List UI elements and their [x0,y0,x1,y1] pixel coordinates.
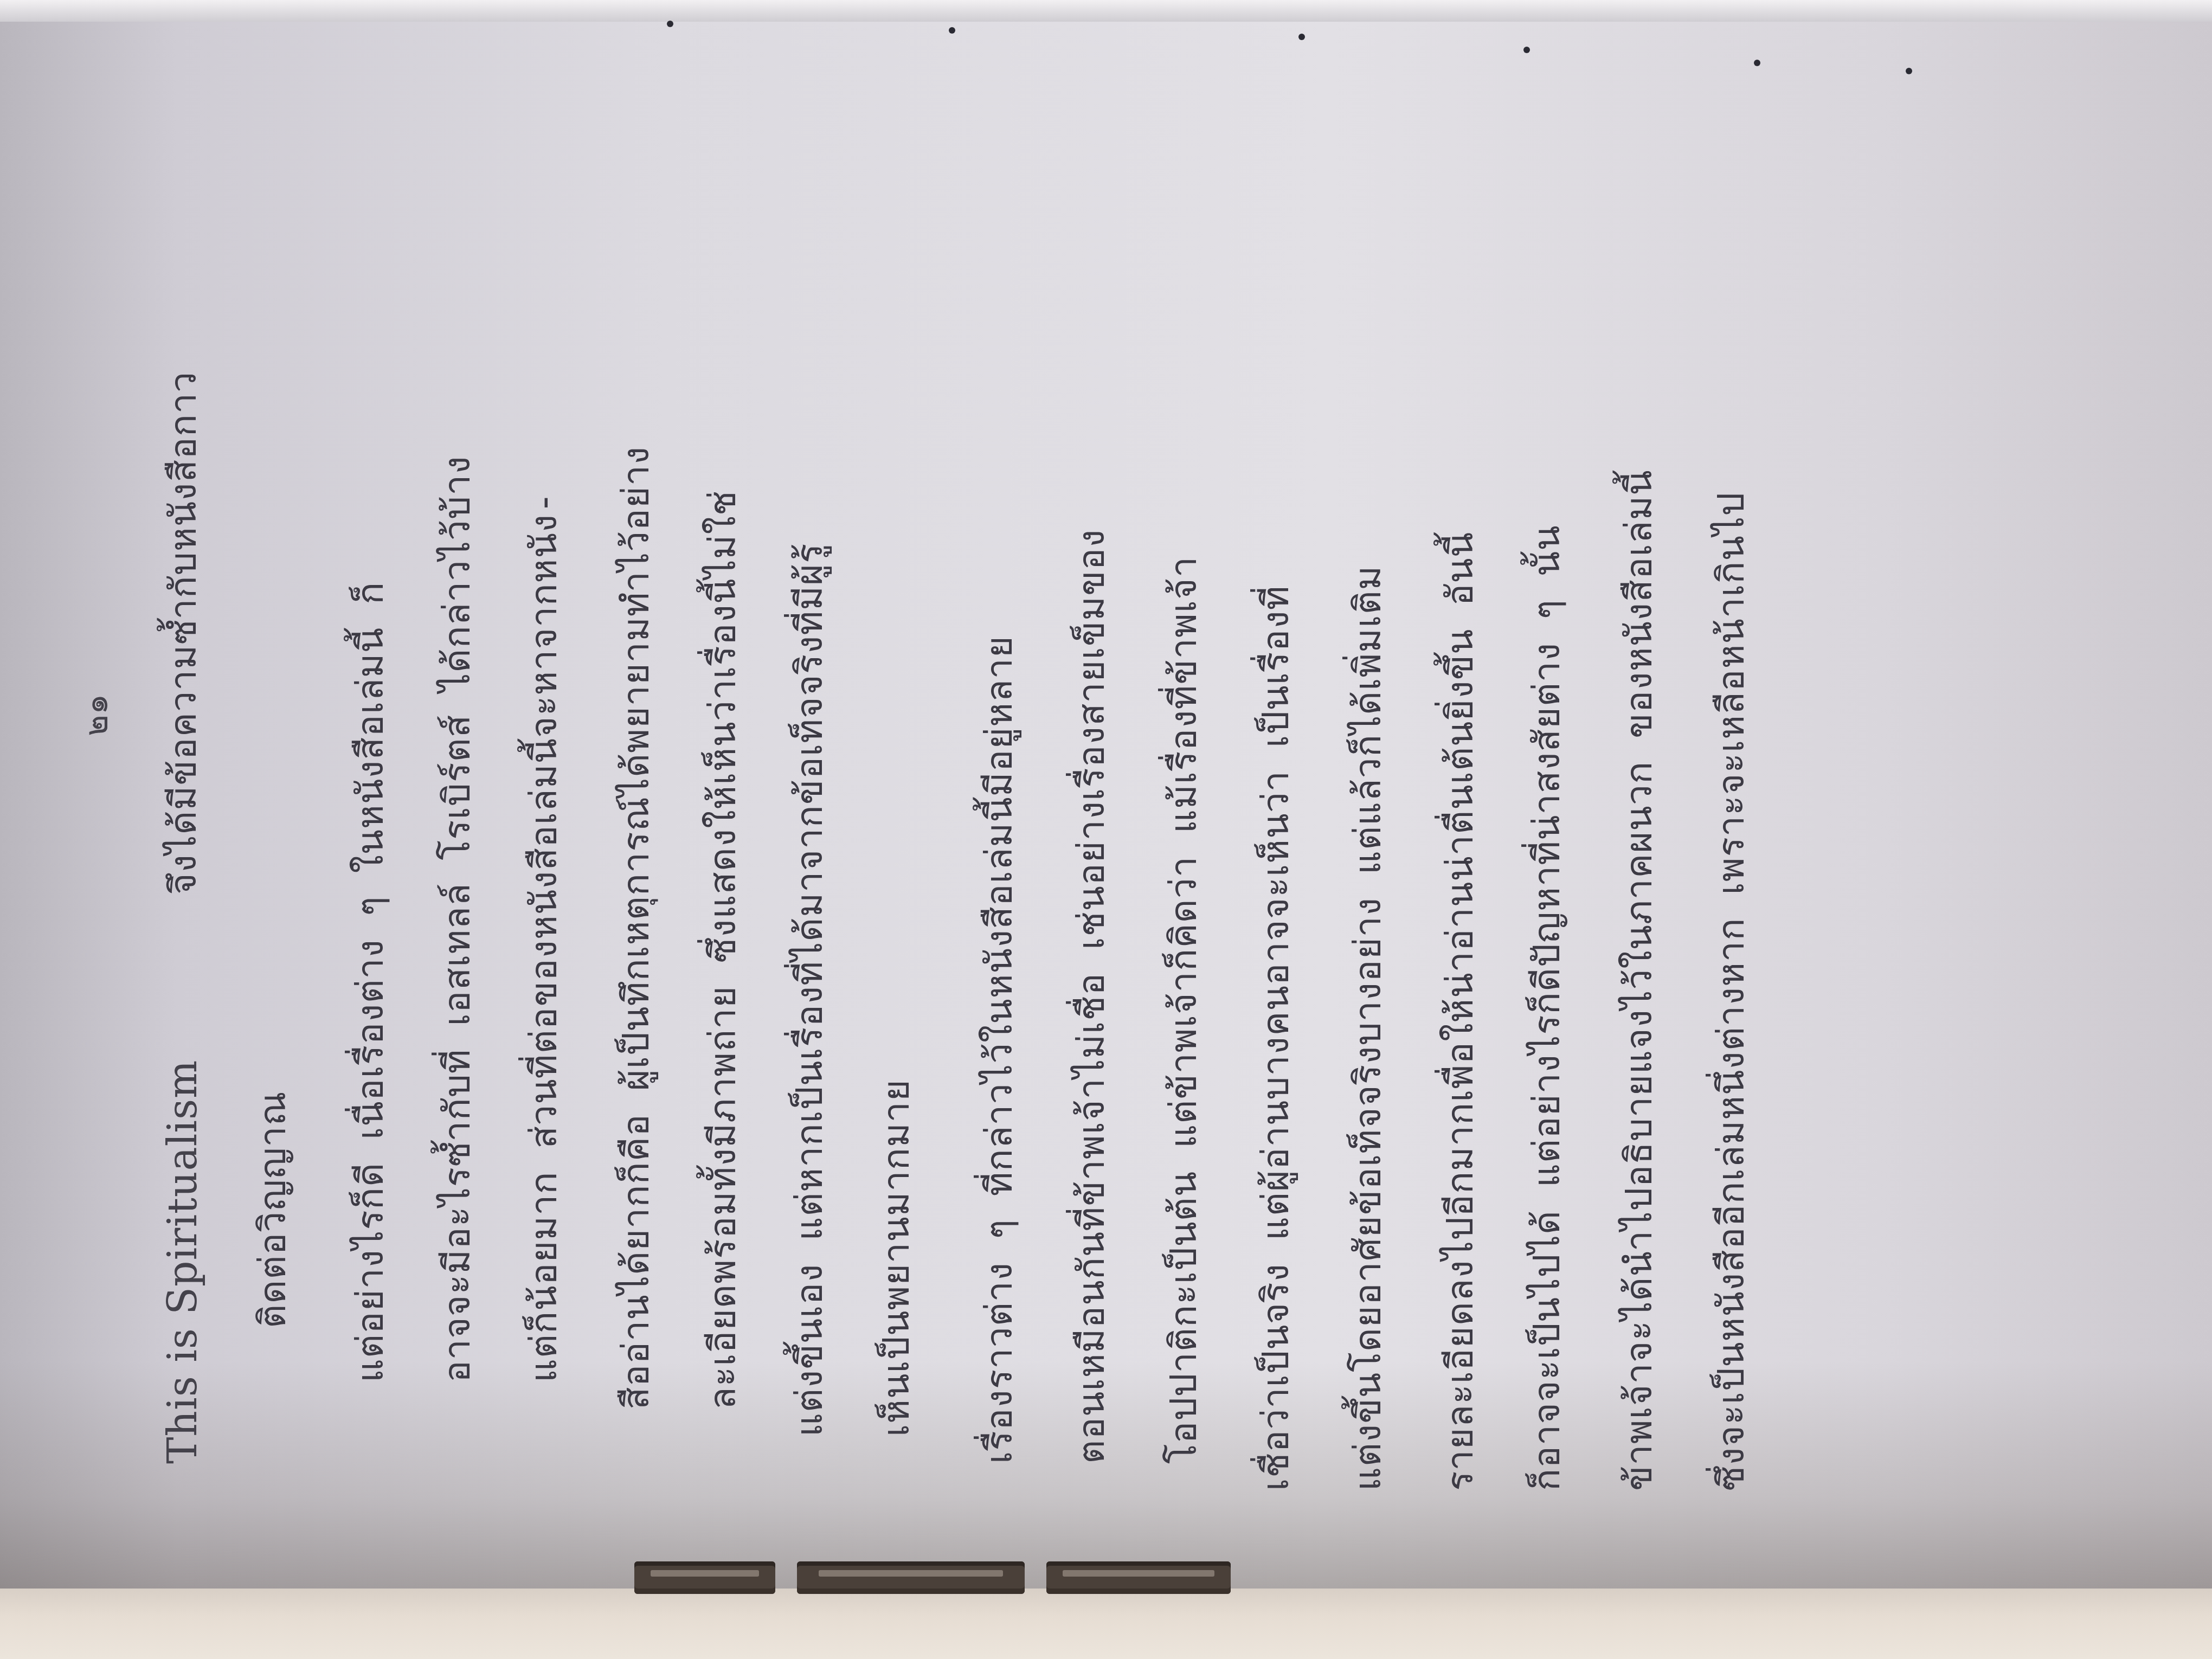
text-line: ติดต่อวิญญาณ [255,1111,292,1328]
punch-dot [949,27,955,34]
text-line: แต่ก็น้อยมาก ส่วนที่ต่อของหนังสือเล่มนี้… [526,65,563,1382]
text-line: เชื่อว่าเป็นจริง แต่ผู้อ่านบางคนอาจจะเห็… [1258,54,1295,1491]
text-line: เห็นเป็นพยานมากมาย [878,651,915,1437]
page-number: ๒๑ [70,694,122,736]
text-line: แต่งขึ้นเอง แต่หากเป็นเรื่องที่ได้มาจากข… [792,54,828,1437]
text-line: แต่อย่างไรก็ดี เนื่อเรื่องต่าง ๆ ในหนังส… [352,81,389,1382]
top-edge [0,0,2212,22]
header-right: จึงได้มีข้อความซ้ำกับหนังสือกาว [165,81,202,895]
binder-clip [634,1556,1231,1599]
header-left: This is Spiritualism [163,1030,203,1464]
binder-highlight [651,1570,759,1577]
text-line: สืออ่านได้ยากก็คือ ผู้เป็นทึกเหตุการณ์ได… [618,60,655,1410]
text-line: เรื่องราวต่าง ๆ ที่กล่าวไว้ในหนังสือเล่ม… [981,54,1018,1464]
text-line: ตอนเหมือนกันที่ข้าพเจ้าไม่เชื่อ เช่นอย่า… [1073,54,1110,1464]
binder-highlight [819,1570,1003,1577]
punch-dot [1754,60,1760,66]
binder-segment [797,1561,1025,1594]
text-line: ละเอียดพร้อมทั้งมีภาพถ่าย ซึ่งแสดงให้เห็… [705,54,742,1410]
text-line: ซึ่งจะเป็นหนังสืออีกเล่มหนึ่งต่างหาก เพร… [1713,49,1750,1491]
binder-segment [1046,1561,1231,1594]
text-line: ข้าพเจ้าจะได้นำไปอธิบายแจงไว้ในภาคผนวก ข… [1621,49,1658,1491]
text-line: ก็อาจจะเป็นไปได้ แต่อย่างไรก็ดีปัญหาที่น… [1529,49,1566,1491]
punch-dot [667,21,673,27]
binder-highlight [1063,1570,1214,1577]
text-line: อาจจะมีอะไรซ้ำกับที่ เอสเทลล์ โรเบิร์ตส์… [439,65,476,1382]
text-line: รายละเอียดลงไปอีกมากเพื่อให้น่าอ่านน่าตื… [1442,54,1479,1491]
punch-dot [1906,68,1912,74]
text-line: แต่งขึ้นโดยอาศัยข้อเท็จจริงบางอย่าง แต่แ… [1350,54,1387,1491]
binder-segment [634,1561,775,1594]
punch-dot [1298,34,1305,40]
text-line: โอปปาติกะเป็นต้น แต่ข้าพเจ้าก็คิดว่า แม้… [1166,54,1203,1464]
